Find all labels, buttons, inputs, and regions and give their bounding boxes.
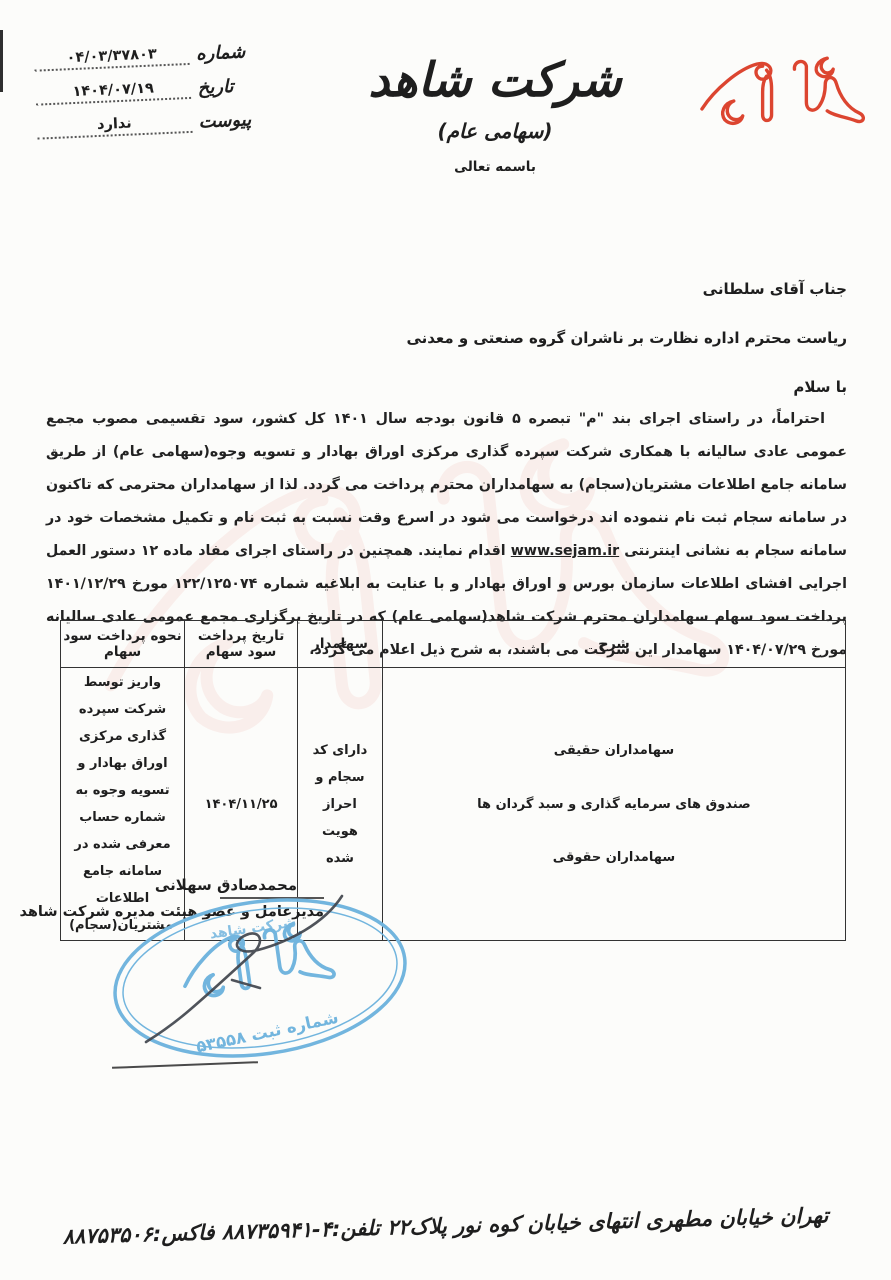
header-description: شرح bbox=[382, 621, 845, 668]
meta-row-attachment: پیوست ندارد bbox=[37, 109, 252, 139]
number-value: ۰۴/۰۳/۳۷۸۰۳ bbox=[34, 45, 190, 72]
letter-meta: شماره ۰۴/۰۳/۳۷۸۰۳ تاریخ ۱۴۰۴/۰۷/۱۹ پیوست… bbox=[34, 41, 252, 152]
scan-edge-artifact bbox=[0, 30, 3, 92]
attachment-label: پیوست bbox=[198, 109, 251, 132]
company-name: شرکت شاهد bbox=[295, 46, 695, 117]
table-header-row: شرح سهامدار تاریخ پرداخت سود سهام نحوه پ… bbox=[61, 621, 846, 668]
meta-row-number: شماره ۰۴/۰۳/۳۷۸۰۳ bbox=[34, 41, 249, 71]
header-pay-date: تاریخ پرداخت سود سهام bbox=[185, 621, 298, 668]
number-label: شماره bbox=[196, 41, 249, 64]
company-type: (سهامی عام) bbox=[295, 119, 695, 143]
date-label: تاریخ bbox=[197, 75, 250, 98]
letterhead: شرکت شاهد (سهامی عام) باسمه تعالی bbox=[295, 46, 695, 175]
header-shareholder: سهامدار bbox=[298, 621, 383, 668]
cell-description: سهامداران حقیقی صندوق های سرمایه گذاری و… bbox=[382, 668, 845, 941]
description-line-1: سهامداران حقیقی bbox=[384, 743, 844, 758]
salutation: با سلام bbox=[406, 378, 847, 396]
description-line-2: صندوق های سرمایه گذاری و سبد گردان ها bbox=[384, 797, 844, 812]
letter-page: شماره ۰۴/۰۳/۳۷۸۰۳ تاریخ ۱۴۰۴/۰۷/۱۹ پیوست… bbox=[0, 0, 891, 1280]
date-value: ۱۴۰۴/۰۷/۱۹ bbox=[35, 79, 191, 106]
header-pay-method: نحوه پرداخت سود سهام bbox=[61, 621, 185, 668]
meta-row-date: تاریخ ۱۴۰۴/۰۷/۱۹ bbox=[35, 75, 250, 105]
bismillah-text: باسمه تعالی bbox=[295, 159, 695, 175]
shahed-logo-icon bbox=[697, 42, 871, 150]
recipient-name: جناب آقای سلطانی bbox=[406, 280, 847, 298]
attachment-value: ندارد bbox=[37, 113, 192, 140]
body-part1: احتراماً، در راستای اجرای بند "م" تبصره … bbox=[46, 411, 847, 559]
footer-address: تهران خیابان مطهری انتهای خیابان کوه نور… bbox=[28, 1202, 863, 1249]
handwritten-signature bbox=[100, 880, 380, 1060]
sejam-url-link[interactable]: www.sejam.ir bbox=[511, 543, 619, 559]
description-line-3: سهامداران حقوقی bbox=[384, 850, 844, 865]
recipient-title: ریاست محترم اداره نظارت بر ناشران گروه ص… bbox=[406, 329, 847, 347]
